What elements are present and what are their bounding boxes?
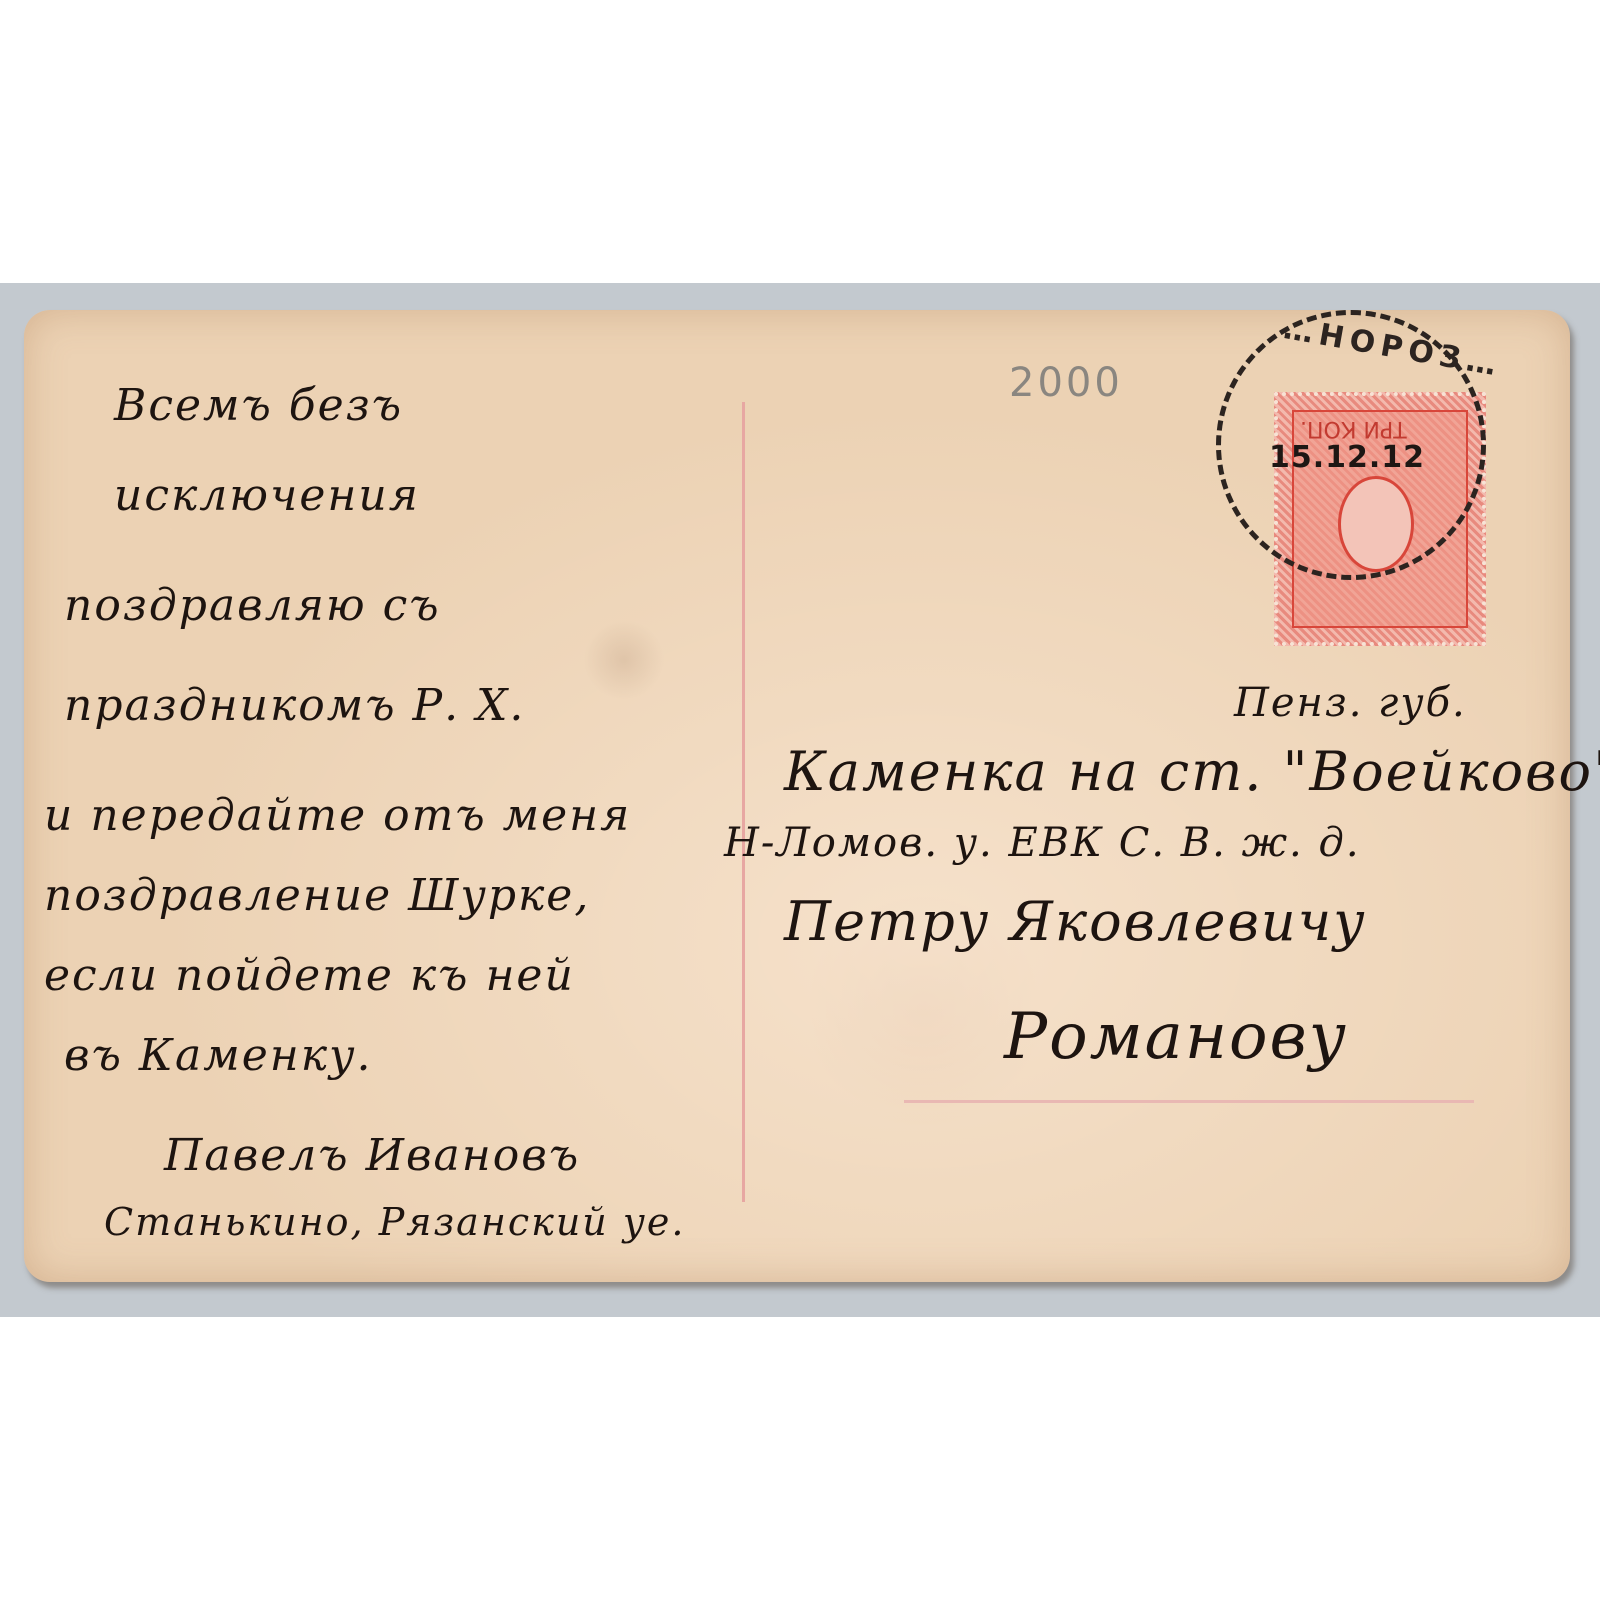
message-line: праздникомъ Р. Х.: [64, 680, 525, 731]
message-line: поздравление Шурке,: [44, 870, 590, 921]
postmark-date: 15.12.12: [1269, 440, 1425, 475]
pencil-price-note: 2000: [1009, 360, 1123, 406]
recipient-name: Петру Яковлевичу: [784, 890, 1367, 953]
center-divider-line: [742, 402, 745, 1202]
address-district: Н-Ломов. у. ЕВК С. В. ж. д.: [724, 820, 1361, 866]
address-region: Пенз. губ.: [1234, 680, 1467, 726]
address-town: Каменка на ст. "Воейково": [784, 740, 1600, 803]
message-line: Всемъ безъ: [114, 380, 403, 431]
message-line: если пойдете къ ней: [44, 950, 575, 1001]
message-line: исключения: [114, 470, 420, 521]
sender-location: Станькино, Рязанский уе.: [104, 1200, 685, 1244]
postcard: Всемъ безъ исключения поздравляю съ праз…: [24, 310, 1570, 1282]
recipient-surname: Романову: [1004, 1000, 1348, 1074]
signature: Павелъ Ивановъ: [164, 1130, 580, 1181]
message-line: въ Каменку.: [64, 1030, 373, 1081]
address-guide-line: [904, 1100, 1474, 1103]
message-line: и передайте отъ меня: [44, 790, 631, 841]
message-line: поздравляю съ: [64, 580, 441, 631]
